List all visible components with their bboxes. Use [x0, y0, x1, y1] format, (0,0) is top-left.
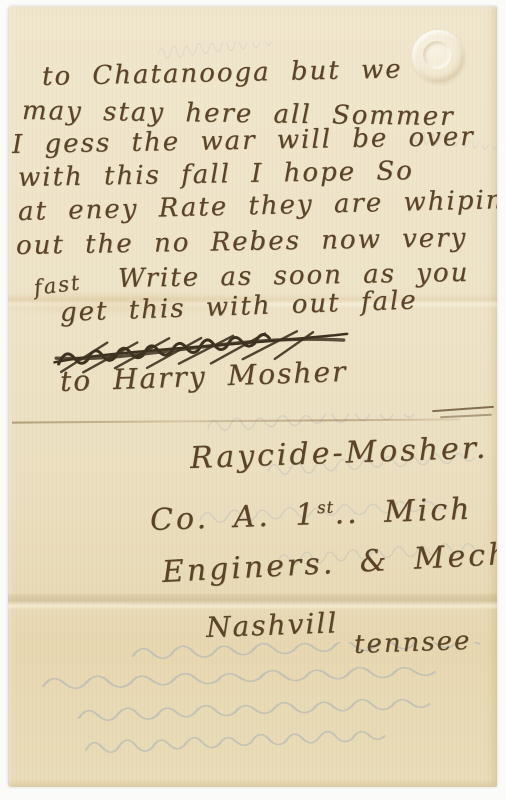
- company-prefix: Co. A. 1: [149, 497, 318, 538]
- handwriting-line: to Chatanooga but we: [42, 56, 403, 90]
- handwriting-line: I gess the war will be over: [12, 124, 475, 158]
- scanned-letter: to Chatanooga but we may stay here all S…: [0, 0, 506, 800]
- fold-crease: [8, 594, 497, 610]
- handwriting-line: with this fall I hope So: [18, 158, 414, 191]
- signature-state: tennsee: [354, 628, 472, 658]
- pen-dash: [432, 406, 494, 412]
- signature-name: Raycide-Mosher.: [189, 434, 488, 474]
- letter-paper: to Chatanooga but we may stay here all S…: [8, 6, 497, 787]
- embossed-seal: [412, 30, 464, 82]
- signature-city: Nashvill: [206, 609, 339, 642]
- handwriting-line: get this with out fale: [60, 288, 419, 326]
- bleedthrough-writing: [28, 642, 480, 782]
- handwriting-line: at eney Rate they are whiping: [18, 187, 497, 225]
- signature-unit: Enginers. & Mech=: [161, 538, 497, 588]
- pen-divider-line: [12, 418, 460, 423]
- handwriting-line: fast: [33, 272, 83, 299]
- company-suffix: .. Mich: [334, 492, 473, 532]
- handwriting-line: out the no Rebes now very: [16, 225, 468, 259]
- signature-company: Co. A. 1st.. Mich: [149, 495, 472, 536]
- company-superscript: st: [317, 498, 335, 518]
- handwriting-line: to Harry Mosher: [60, 358, 348, 396]
